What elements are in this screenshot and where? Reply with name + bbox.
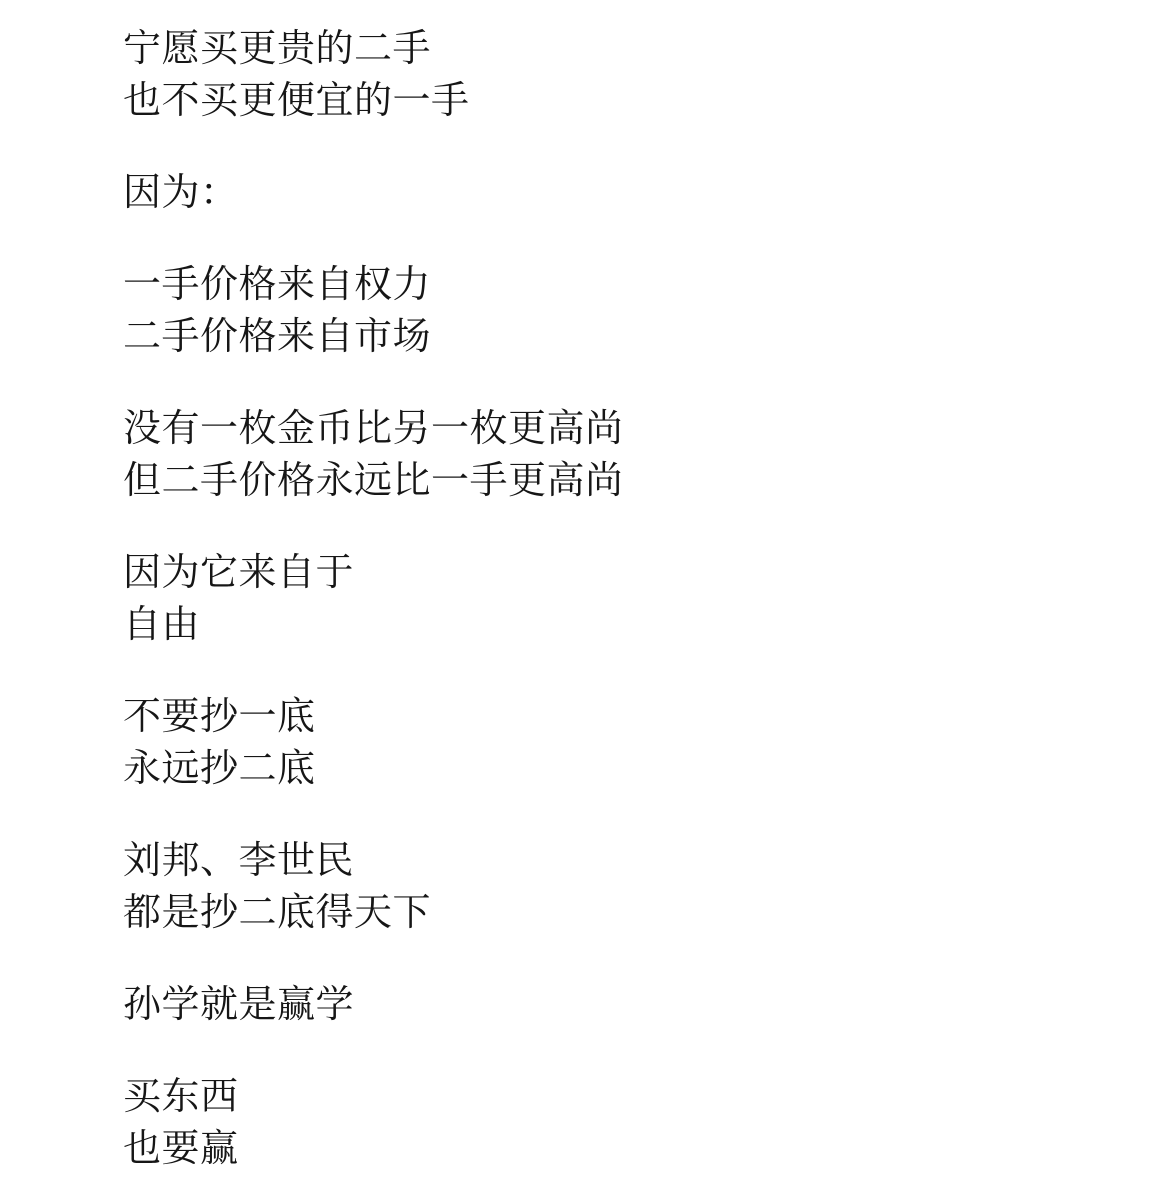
text-line: 因为它来自于 (123, 547, 1130, 599)
text-line: 因为： (123, 167, 1130, 219)
paragraph: 宁愿买更贵的二手 也不买更便宜的一手 (123, 23, 1130, 127)
paragraph: 买东西 也要赢 (123, 1071, 1130, 1175)
text-line: 都是抄二底得天下 (123, 887, 1130, 939)
text-line: 孙学就是赢学 (123, 979, 1130, 1031)
paragraph: 因为它来自于 自由 (123, 547, 1130, 651)
text-line: 买东西 (123, 1071, 1130, 1123)
paragraph: 不要抄一底 永远抄二底 (123, 691, 1130, 795)
text-post: 宁愿买更贵的二手 也不买更便宜的一手 因为： 一手价格来自权力 二手价格来自市场… (0, 0, 1170, 1175)
text-line: 也不买更便宜的一手 (123, 75, 1130, 127)
text-line: 永远抄二底 (123, 743, 1130, 795)
text-line: 二手价格来自市场 (123, 311, 1130, 363)
text-line: 一手价格来自权力 (123, 259, 1130, 311)
paragraph: 刘邦、李世民 都是抄二底得天下 (123, 835, 1130, 939)
paragraph: 一手价格来自权力 二手价格来自市场 (123, 259, 1130, 363)
text-line: 但二手价格永远比一手更高尚 (123, 455, 1130, 507)
text-line: 没有一枚金币比另一枚更高尚 (123, 403, 1130, 455)
text-line: 不要抄一底 (123, 691, 1130, 743)
paragraph: 没有一枚金币比另一枚更高尚 但二手价格永远比一手更高尚 (123, 403, 1130, 507)
paragraph: 因为： (123, 167, 1130, 219)
text-line: 自由 (123, 599, 1130, 651)
text-line: 宁愿买更贵的二手 (123, 23, 1130, 75)
paragraph: 孙学就是赢学 (123, 979, 1130, 1031)
text-line: 刘邦、李世民 (123, 835, 1130, 887)
text-line: 也要赢 (123, 1123, 1130, 1175)
